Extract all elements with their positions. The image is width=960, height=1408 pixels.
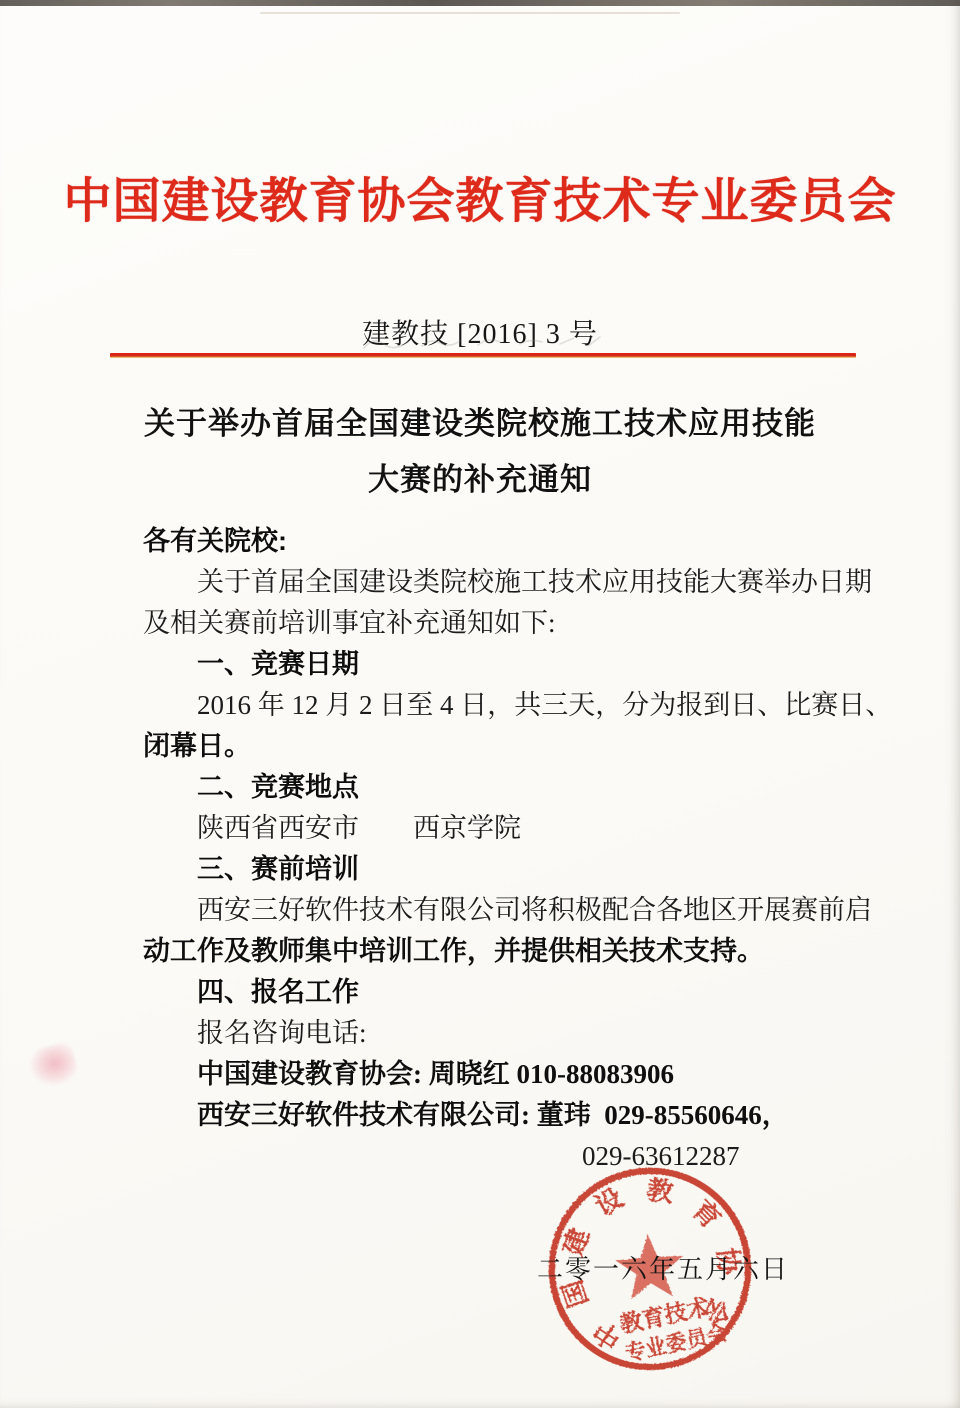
scan-line-artifact xyxy=(260,12,680,14)
document-body: 各有关院校: 关于首届全国建设类院校施工技术应用技能大赛举办日期 及相关赛前培训… xyxy=(143,521,857,1177)
issue-date: 二零一六年五月六日 xyxy=(537,1249,789,1286)
section-heading-2: 二、竞赛地点 xyxy=(143,767,857,808)
section-heading-3: 三、赛前培训 xyxy=(143,849,857,890)
salutation: 各有关院校: xyxy=(143,521,857,562)
body-line: 动工作及教师集中培训工作，并提供相关技术支持。 xyxy=(143,931,857,972)
body-line: 闭幕日。 xyxy=(143,726,857,767)
contact-line: 中国建设教育协会: 周晓红 010-88083906 xyxy=(143,1054,857,1095)
letterhead-title: 中国建设教育协会教育技术专业委员会 xyxy=(0,162,960,231)
body-line: 报名咨询电话: xyxy=(143,1013,857,1054)
body-line: 陕西省西安市 西京学院 xyxy=(143,808,857,849)
section-heading-4: 四、报名工作 xyxy=(143,972,857,1013)
body-line: 2016 年 12 月 2 日至 4 日，共三天，分为报到日、比赛日、 xyxy=(143,685,857,726)
scanned-document-page: 中国建设教育协会教育技术专业委员会 建教技 [2016] 3 号 关于举办首届全… xyxy=(0,0,960,1408)
ink-smudge-artifact xyxy=(26,1041,81,1092)
document-title-line2: 大赛的补充通知 xyxy=(0,454,960,499)
body-line: 西安三好软件技术有限公司将积极配合各地区开展赛前启 xyxy=(143,890,857,931)
contact-line: 西安三好软件技术有限公司: 董玮 029-85560646， xyxy=(143,1095,857,1136)
red-header-rule xyxy=(110,353,856,358)
body-line: 关于首届全国建设类院校施工技术应用技能大赛举办日期 xyxy=(143,562,857,603)
document-title-line1: 关于举办首届全国建设类院校施工技术应用技能 xyxy=(0,398,960,443)
pencil-scribble-artifact xyxy=(360,332,610,354)
body-line: 及相关赛前培训事宜补充通知如下: xyxy=(143,603,857,644)
scan-edge-artifact xyxy=(0,0,960,6)
seal-char: 教 xyxy=(645,1175,676,1208)
section-heading-1: 一、竞赛日期 xyxy=(143,644,857,685)
